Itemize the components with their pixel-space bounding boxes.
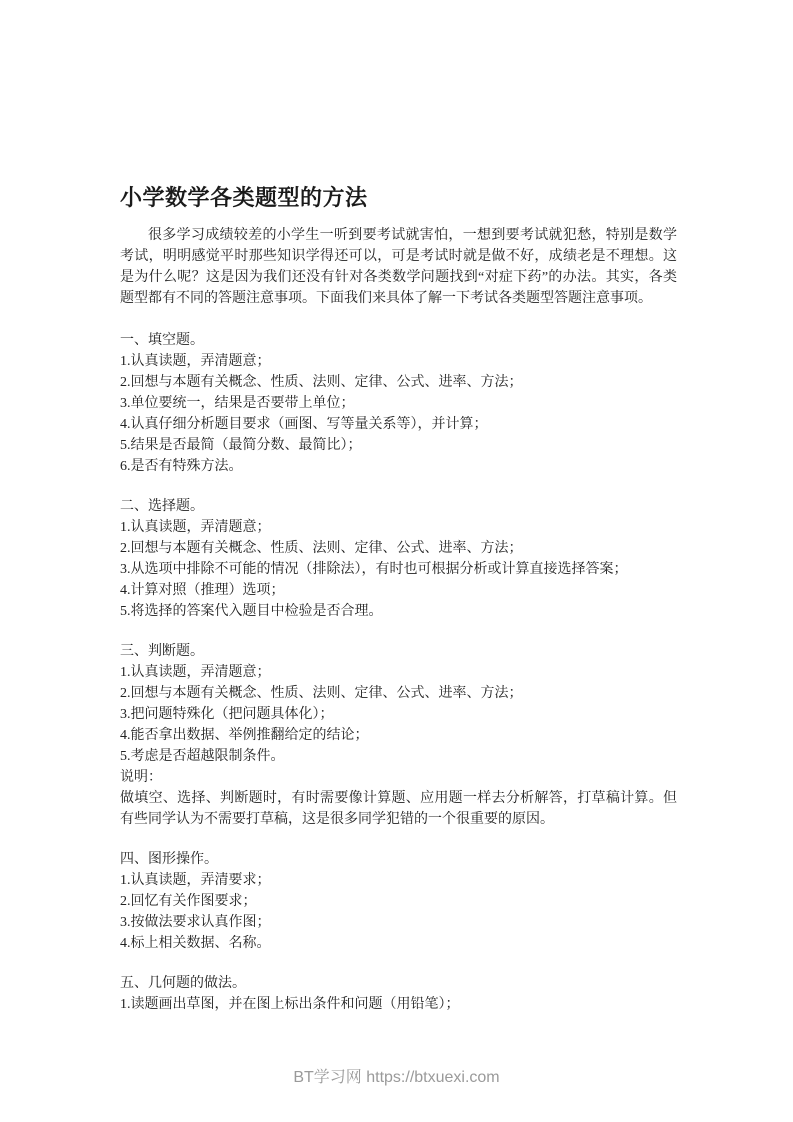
section-item: 5.将选择的答案代入题目中检验是否合理。: [120, 601, 677, 622]
section-item: 3.从选项中排除不可能的情况（排除法），有时也可根据分析或计算直接选择答案；: [120, 559, 677, 580]
document-page: 小学数学各类题型的方法 很多学习成绩较差的小学生一听到要考试就害怕，一想到要考试…: [0, 0, 793, 1122]
note-label: 说明：: [120, 767, 677, 788]
section-heading: 五、几何题的做法。: [120, 973, 677, 994]
section-item: 3.单位要统一，结果是否要带上单位；: [120, 393, 677, 414]
section-heading: 二、选择题。: [120, 496, 677, 517]
section-multiple-choice: 二、选择题。 1.认真读题，弄清题意； 2.回想与本题有关概念、性质、法则、定律…: [120, 496, 677, 622]
intro-paragraph: 很多学习成绩较差的小学生一听到要考试就害怕，一想到要考试就犯愁，特别是数学考试，…: [120, 225, 677, 309]
section-item: 5.考虑是否超越限制条件。: [120, 746, 677, 767]
section-fill-in-blanks: 一、填空题。 1.认真读题，弄清题意； 2.回想与本题有关概念、性质、法则、定律…: [120, 330, 677, 477]
section-item: 5.结果是否最简（最简分数、最简比）；: [120, 435, 677, 456]
document-content: 小学数学各类题型的方法 很多学习成绩较差的小学生一听到要考试就害怕，一想到要考试…: [120, 0, 677, 1015]
section-heading: 一、填空题。: [120, 330, 677, 351]
section-item: 3.把问题特殊化（把问题具体化）；: [120, 704, 677, 725]
section-item: 1.认真读题，弄清题意；: [120, 351, 677, 372]
section-item: 2.回想与本题有关概念、性质、法则、定律、公式、进率、方法；: [120, 538, 677, 559]
section-item: 4.计算对照（推理）选项；: [120, 580, 677, 601]
section-item: 1.认真读题，弄清题意；: [120, 662, 677, 683]
section-item: 6.是否有特殊方法。: [120, 456, 677, 477]
section-item: 1.读题画出草图，并在图上标出条件和问题（用铅笔）；: [120, 994, 677, 1015]
section-item: 1.认真读题，弄清要求；: [120, 870, 677, 891]
section-item: 4.标上相关数据、名称。: [120, 933, 677, 954]
section-heading: 四、图形操作。: [120, 849, 677, 870]
section-figure-operations: 四、图形操作。 1.认真读题，弄清要求； 2.回忆有关作图要求； 3.按做法要求…: [120, 849, 677, 954]
section-item: 2.回想与本题有关概念、性质、法则、定律、公式、进率、方法；: [120, 372, 677, 393]
section-geometry: 五、几何题的做法。 1.读题画出草图，并在图上标出条件和问题（用铅笔）；: [120, 973, 677, 1015]
note-paragraph: 做填空、选择、判断题时，有时需要像计算题、应用题一样去分析解答，打草稿计算。但有…: [120, 788, 677, 830]
section-true-false: 三、判断题。 1.认真读题，弄清题意； 2.回想与本题有关概念、性质、法则、定律…: [120, 641, 677, 830]
section-item: 3.按做法要求认真作图；: [120, 912, 677, 933]
page-title: 小学数学各类题型的方法: [120, 183, 677, 213]
section-item: 2.回想与本题有关概念、性质、法则、定律、公式、进率、方法；: [120, 683, 677, 704]
footer-watermark: BT学习网 https://btxuexi.com: [0, 1066, 793, 1090]
section-item: 4.能否拿出数据、举例推翻给定的结论；: [120, 725, 677, 746]
section-item: 1.认真读题，弄清题意；: [120, 517, 677, 538]
section-heading: 三、判断题。: [120, 641, 677, 662]
section-item: 4.认真仔细分析题目要求（画图、写等量关系等），并计算；: [120, 414, 677, 435]
section-item: 2.回忆有关作图要求；: [120, 891, 677, 912]
